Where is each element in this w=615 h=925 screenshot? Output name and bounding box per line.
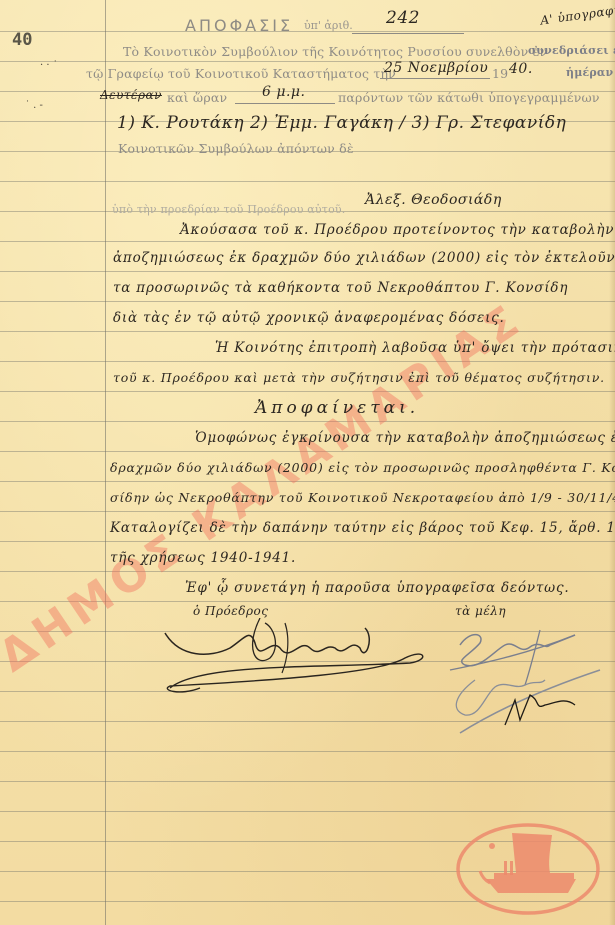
ink-specks: · · ˙ [40,60,58,71]
president-label: ὁ Πρόεδρος [193,604,268,618]
printed-line-1: Τὸ Κοινοτικὸν Συμβούλιον τῆς Κοινότητος … [123,44,547,59]
meeting-year: 40. [509,61,533,77]
printed-line-5: ὑπὸ τὴν προεδρίαν τοῦ Προέδρου αὐτοῦ. [112,203,346,216]
page-number: 40 [12,30,32,50]
body-line-3: τα προσωρινῶς τὰ καθήκοντα τοῦ Νεκροθάπτ… [113,280,568,296]
president-signature: Α. Θεοδοσιάδης [160,618,430,693]
decision-line-2: δραχμῶν δύο χιλιάδων (2000) εἰς τὸν προσ… [110,460,615,475]
decision-line-5: τῆς χρήσεως 1940-1941. [110,550,296,566]
body-line-2: ἀποζημιώσεως ἐκ δραχμῶν δύο χιλιάδων (20… [113,250,615,266]
printed-line-2: τῷ Γραφείῳ τοῦ Κοινοτικοῦ Καταστήματος τ… [86,66,396,81]
printed-line-4: Κοινοτικῶν Συμβούλων ἀπόντων δὲ [118,141,354,156]
printed-line-1-end: συνεδριάσει ἐν [528,44,615,57]
closing-line: Ἐφ' ᾧ συνετάγη ἡ παροῦσα ὑπογραφεῖσα δεό… [185,580,569,596]
year-prefix: 19 [492,66,508,81]
day-label: ἡμέραν [566,66,613,79]
meeting-time: 6 μ.μ. [262,84,305,100]
printed-line-3b: παρόντων τῶν κάτωθι ὑπογεγραμμένων [338,90,600,105]
printed-line-3a: καὶ ὥραν [167,90,227,105]
ink-specks: ˙ . - [25,100,43,111]
meeting-weekday: Δευτέραν [100,88,162,102]
body-line-4: διὰ τὰς ἐν τῷ αὐτῷ χρονικῷ ἀναφερομένας … [113,310,505,326]
decision-line-1: Ὁμοφώνως ἐγκρίνουσα τὴν καταβολὴν ἀποζημ… [195,430,615,446]
title-suffix: ὑπ' ἀριθ. [304,19,353,32]
members-label: τὰ μέλη [455,604,506,618]
president-name: Ἀλεξ. Θεοδοσιάδη [365,192,502,208]
body-line-1: Ἀκούσασα τοῦ κ. Προέδρου προτείνοντος τὴ… [180,222,614,238]
document-page: ΔΗΜΟΣ ΚΑΛΑΜΑΡΙΑΣ 40 · · ˙ ˙ . - ΑΠΟΦΑΣΙΣ… [0,0,615,925]
body-line-6: τοῦ κ. Προέδρου καὶ μετὰ τὴν συζήτησιν ἐ… [113,370,605,385]
svg-text:Α. Θεοδοσιάδης: Α. Θεοδοσιάδης [219,637,325,652]
time-blank [235,103,335,104]
meeting-date: 25 Νοεμβρίου [384,60,488,76]
members-present: 1) Κ. Ρουτάκη 2) Ἐμμ. Γαγάκη / 3) Γρ. Στ… [117,113,566,133]
decision-number: 242 [386,8,420,28]
decision-heading: Ἀποφαίνεται. [255,398,419,418]
ship-stamp-icon [454,821,602,917]
number-blank [352,33,464,34]
margin-line [105,0,106,925]
body-line-5: Ἡ Κοινότης ἐπιτροπὴ λαβοῦσα ὑπ' ὄψει τὴν… [215,340,615,356]
document-title: ΑΠΟΦΑΣΙΣ [185,16,293,35]
member-signatures [445,625,610,735]
date-blank [380,78,490,79]
decision-line-4: Καταλογίζει δὲ τὴν δαπάνην ταύτην εἰς βά… [110,520,615,536]
decision-line-3: σίδην ὡς Νεκροθάπτην τοῦ Κοινοτικοῦ Νεκρ… [110,490,615,505]
